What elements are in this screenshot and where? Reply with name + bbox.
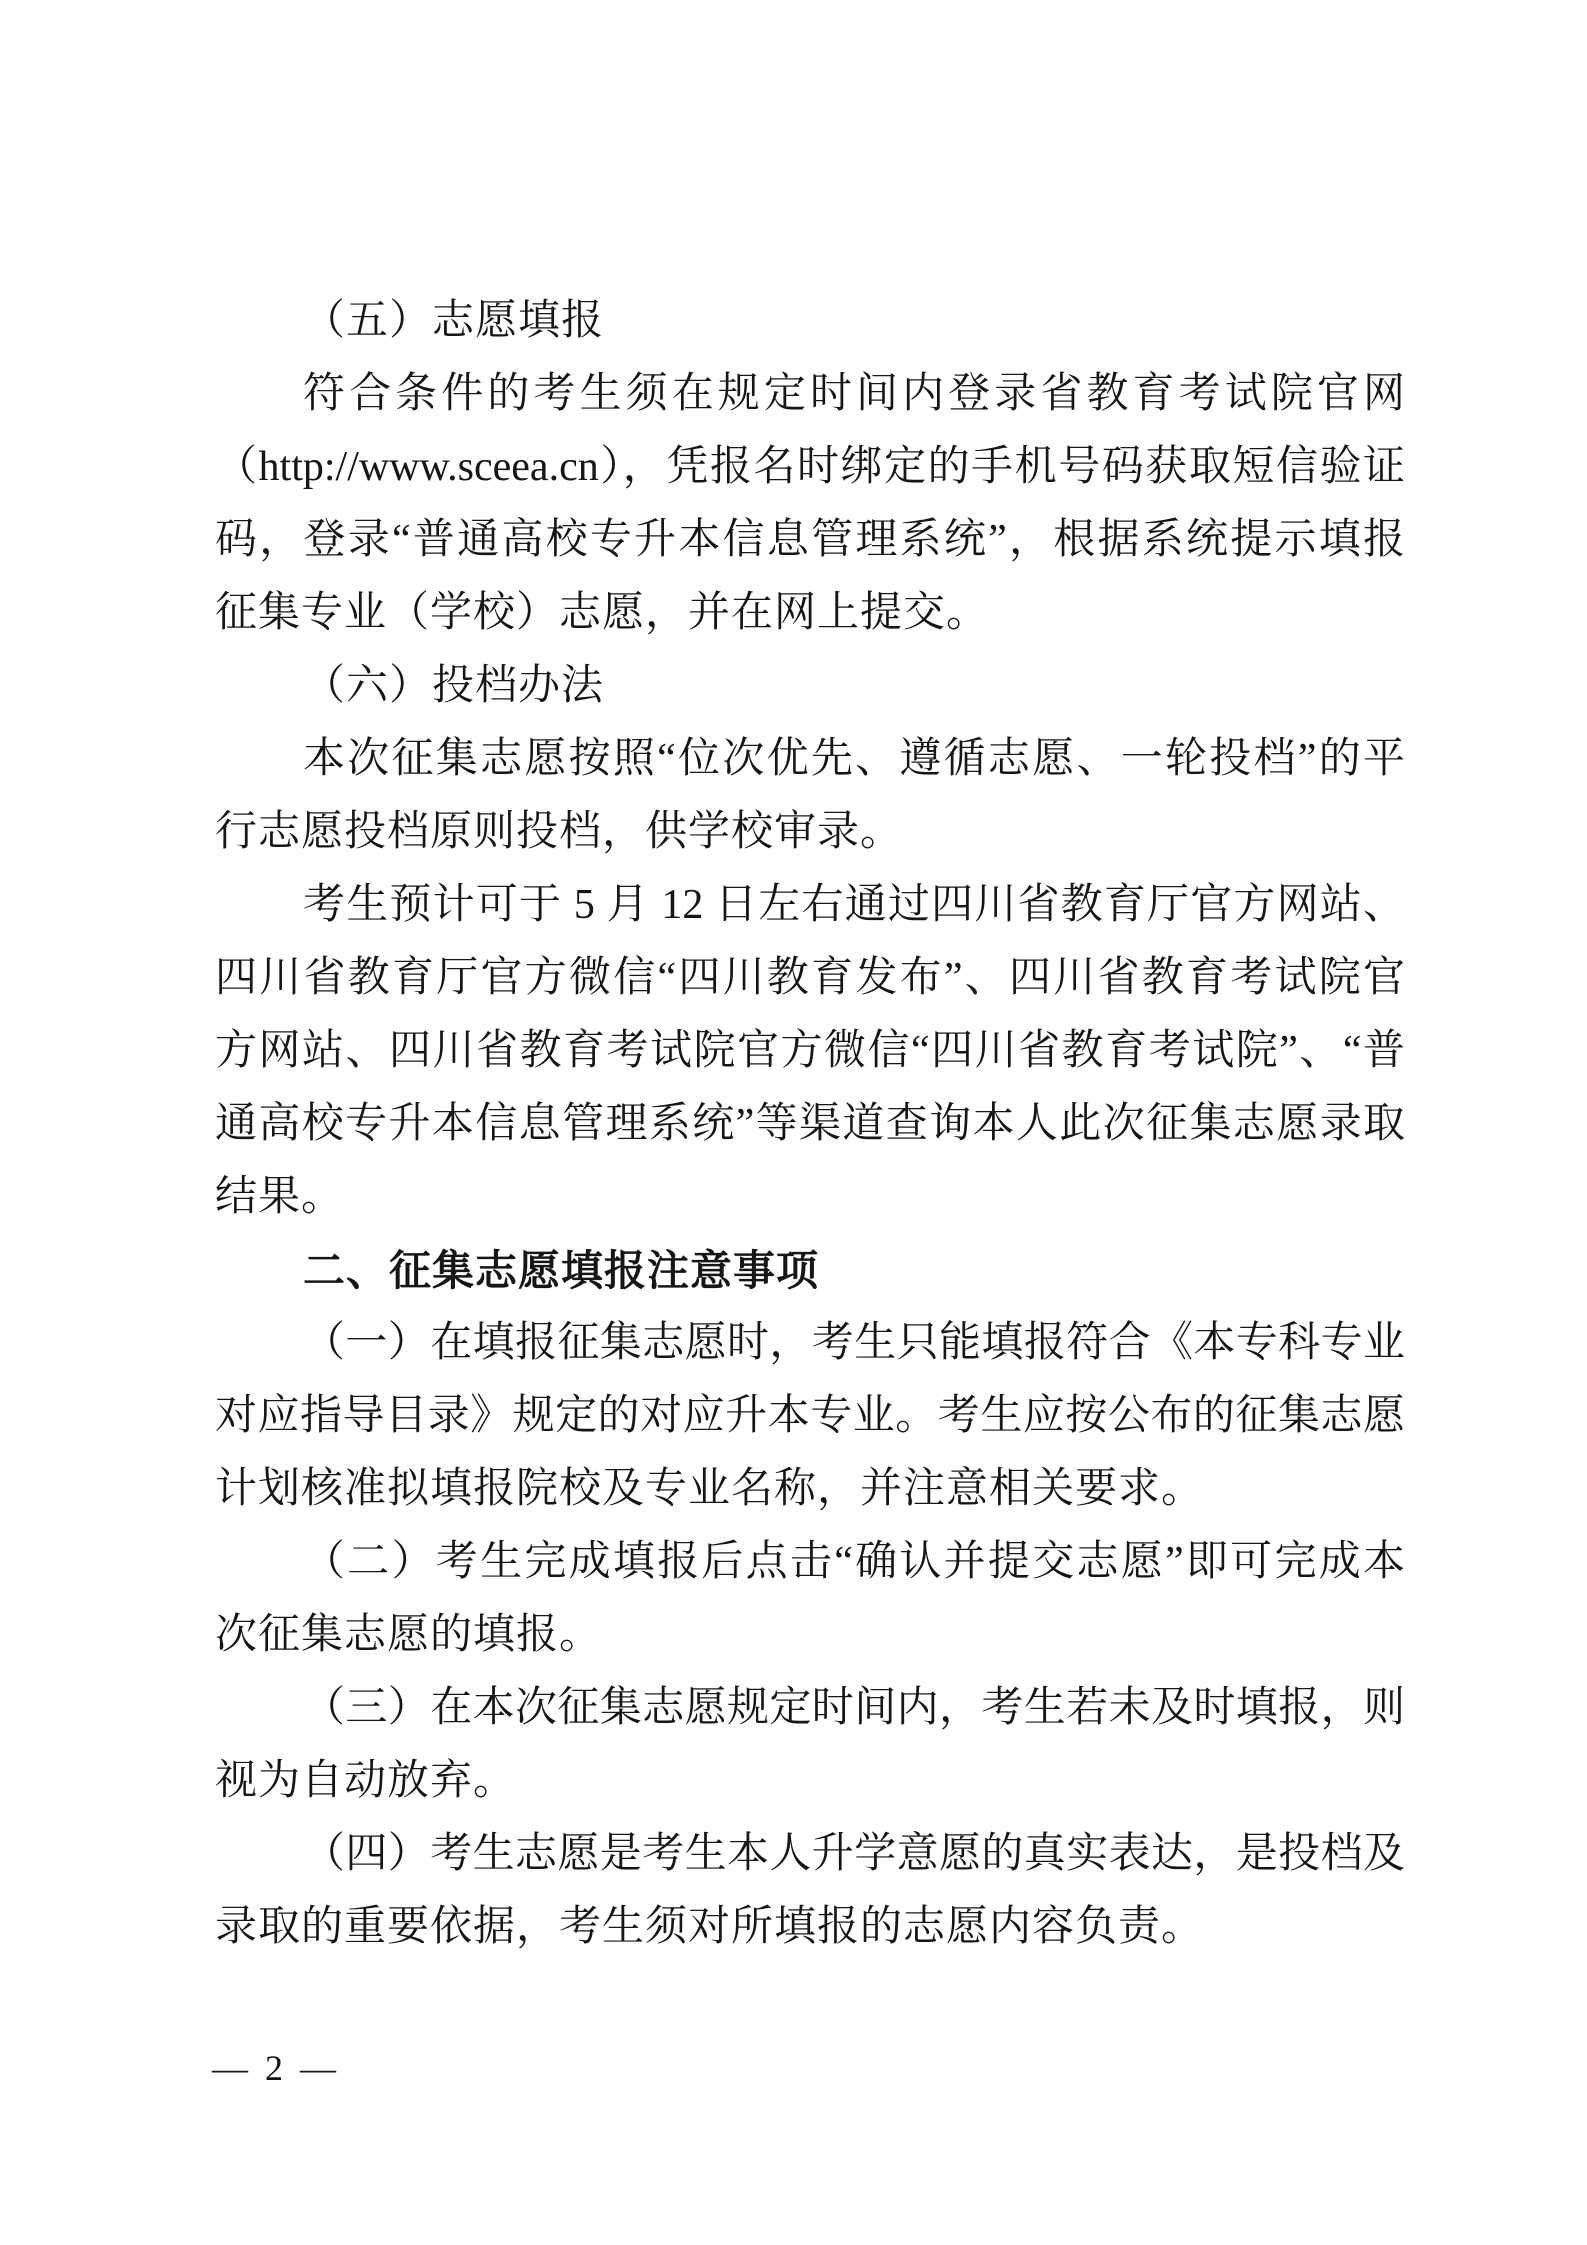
text-line: 结果。 [215, 1161, 1405, 1234]
page-number: — 2 — [212, 2046, 340, 2090]
text-line: 视为自动放弃。 [215, 1745, 1405, 1818]
text-line: 通高校专升本信息管理系统”等渠道查询本人此次征集志愿录取 [215, 1088, 1405, 1161]
document-body: （五）志愿填报符合条件的考生须在规定时间内登录省教育考试院官网（http://w… [215, 285, 1405, 1964]
document-page: （五）志愿填报符合条件的考生须在规定时间内登录省教育考试院官网（http://w… [0, 0, 1587, 2245]
text-line: 码，登录“普通高校专升本信息管理系统”，根据系统提示填报 [215, 504, 1405, 577]
text-line: （二）考生完成填报后点击“确认并提交志愿”即可完成本 [215, 1526, 1405, 1599]
text-line: 计划核准拟填报院校及专业名称，并注意相关要求。 [215, 1453, 1405, 1526]
text-line: 征集专业（学校）志愿，并在网上提交。 [215, 577, 1405, 650]
text-line: 录取的重要依据，考生须对所填报的志愿内容负责。 [215, 1891, 1405, 1964]
text-line: 次征集志愿的填报。 [215, 1599, 1405, 1672]
text-line: 符合条件的考生须在规定时间内登录省教育考试院官网 [215, 358, 1405, 431]
text-line: （http://www.sceea.cn），凭报名时绑定的手机号码获取短信验证 [215, 431, 1405, 504]
section-heading: 二、征集志愿填报注意事项 [215, 1234, 1405, 1307]
subsection-heading: （五）志愿填报 [215, 285, 1405, 358]
text-line: 行志愿投档原则投档，供学校审录。 [215, 796, 1405, 869]
text-line: 对应指导目录》规定的对应升本专业。考生应按公布的征集志愿 [215, 1380, 1405, 1453]
text-line: （一）在填报征集志愿时，考生只能填报符合《本专科专业 [215, 1307, 1405, 1380]
text-line: （四）考生志愿是考生本人升学意愿的真实表达，是投档及 [215, 1818, 1405, 1891]
text-line: （三）在本次征集志愿规定时间内，考生若未及时填报，则 [215, 1672, 1405, 1745]
text-line: 考生预计可于 5 月 12 日左右通过四川省教育厅官方网站、 [215, 869, 1405, 942]
text-line: 方网站、四川省教育考试院官方微信“四川省教育考试院”、“普 [215, 1015, 1405, 1088]
text-line: 四川省教育厅官方微信“四川教育发布”、四川省教育考试院官 [215, 942, 1405, 1015]
subsection-heading: （六）投档办法 [215, 650, 1405, 723]
text-line: 本次征集志愿按照“位次优先、遵循志愿、一轮投档”的平 [215, 723, 1405, 796]
page-number-label: — 2 — [212, 2048, 340, 2088]
